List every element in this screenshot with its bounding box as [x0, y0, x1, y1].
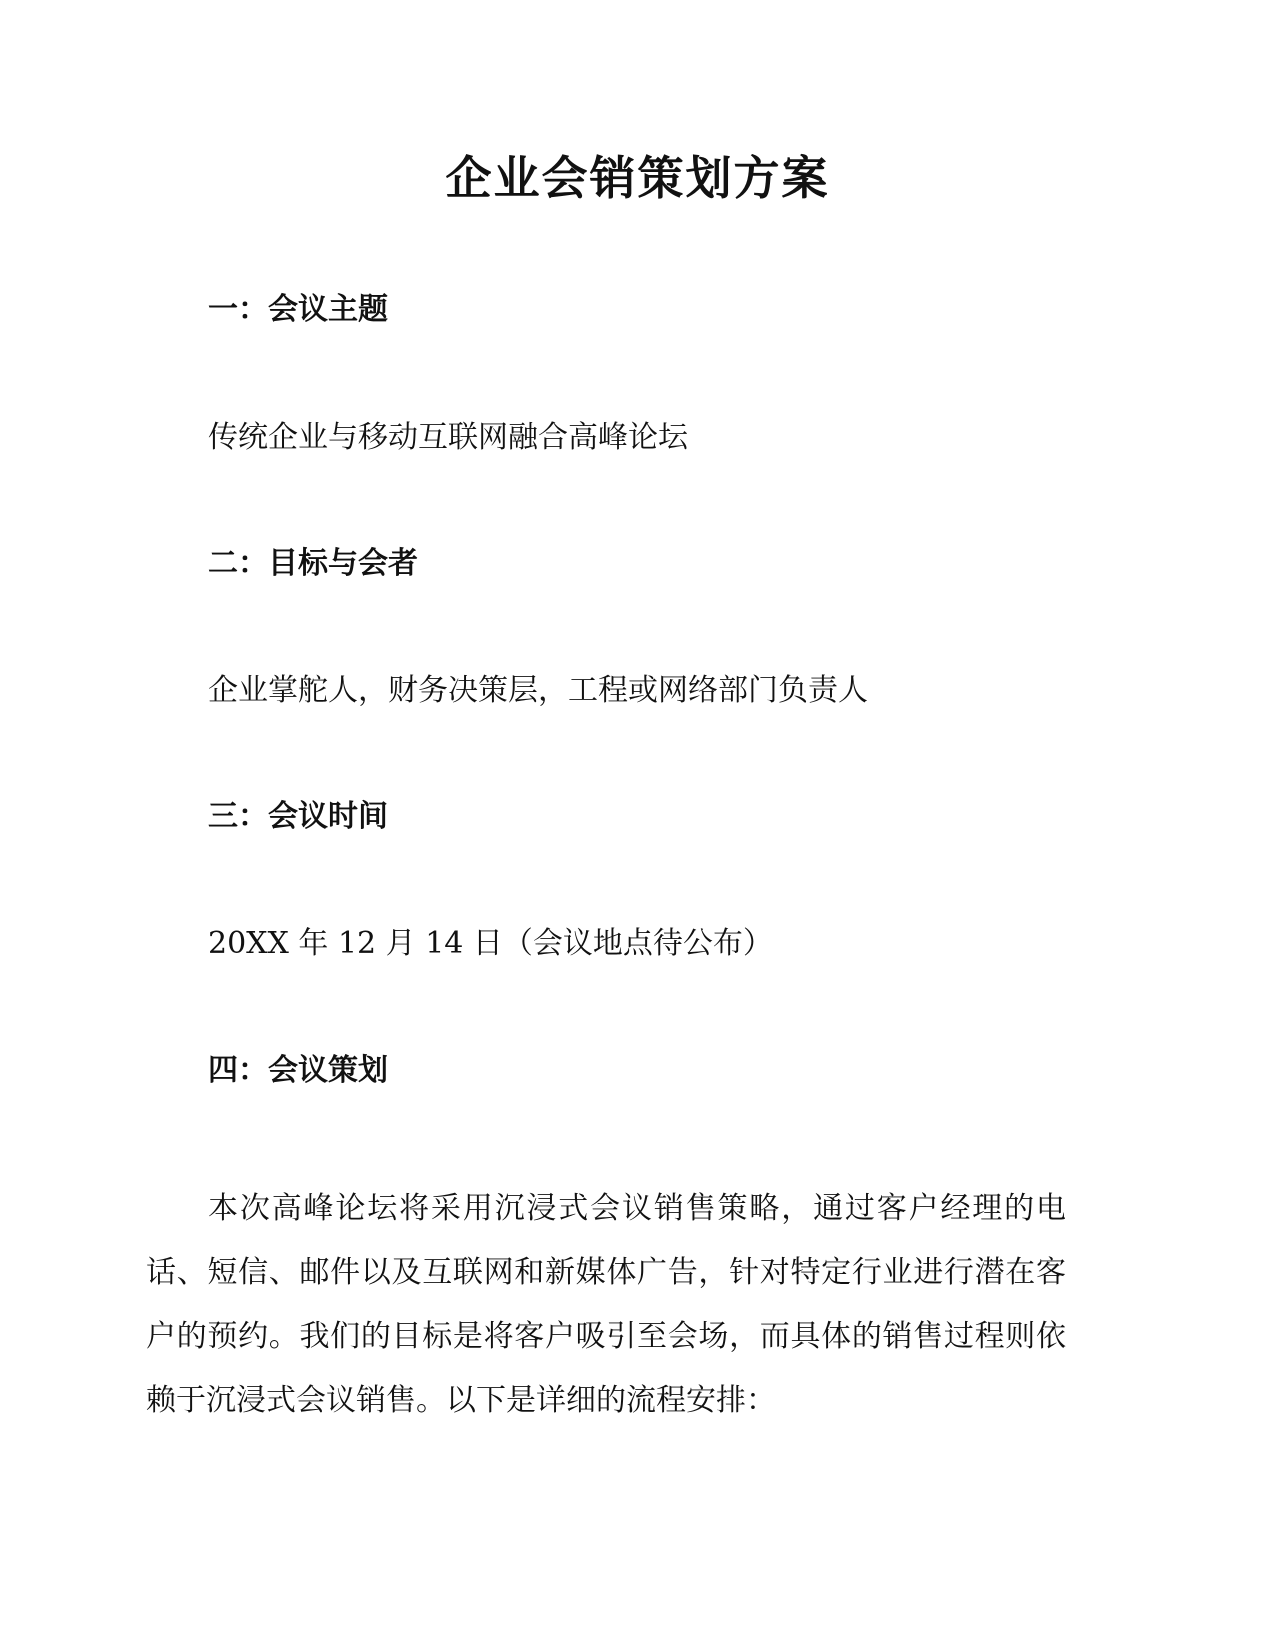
- section-heading-attendees: 二：目标与会者: [208, 544, 418, 584]
- section-content-theme: 传统企业与移动互联网融合高峰论坛: [208, 418, 688, 458]
- section-content-planning: 本次高峰论坛将采用沉浸式会议销售策略，通过客户经理的电话、短信、邮件以及互联网和…: [146, 1177, 1066, 1433]
- section-heading-time: 三：会议时间: [208, 797, 388, 837]
- document-page: 企业会销策划方案 一：会议主题 传统企业与移动互联网融合高峰论坛 二：目标与会者…: [0, 0, 1275, 1650]
- section-heading-planning: 四：会议策划: [208, 1051, 388, 1091]
- section-content-attendees: 企业掌舵人，财务决策层，工程或网络部门负责人: [208, 671, 868, 711]
- section-heading-theme: 一：会议主题: [208, 290, 388, 330]
- section-content-time: 20XX 年 12 月 14 日（会议地点待公布）: [208, 924, 773, 964]
- document-title: 企业会销策划方案: [0, 148, 1275, 208]
